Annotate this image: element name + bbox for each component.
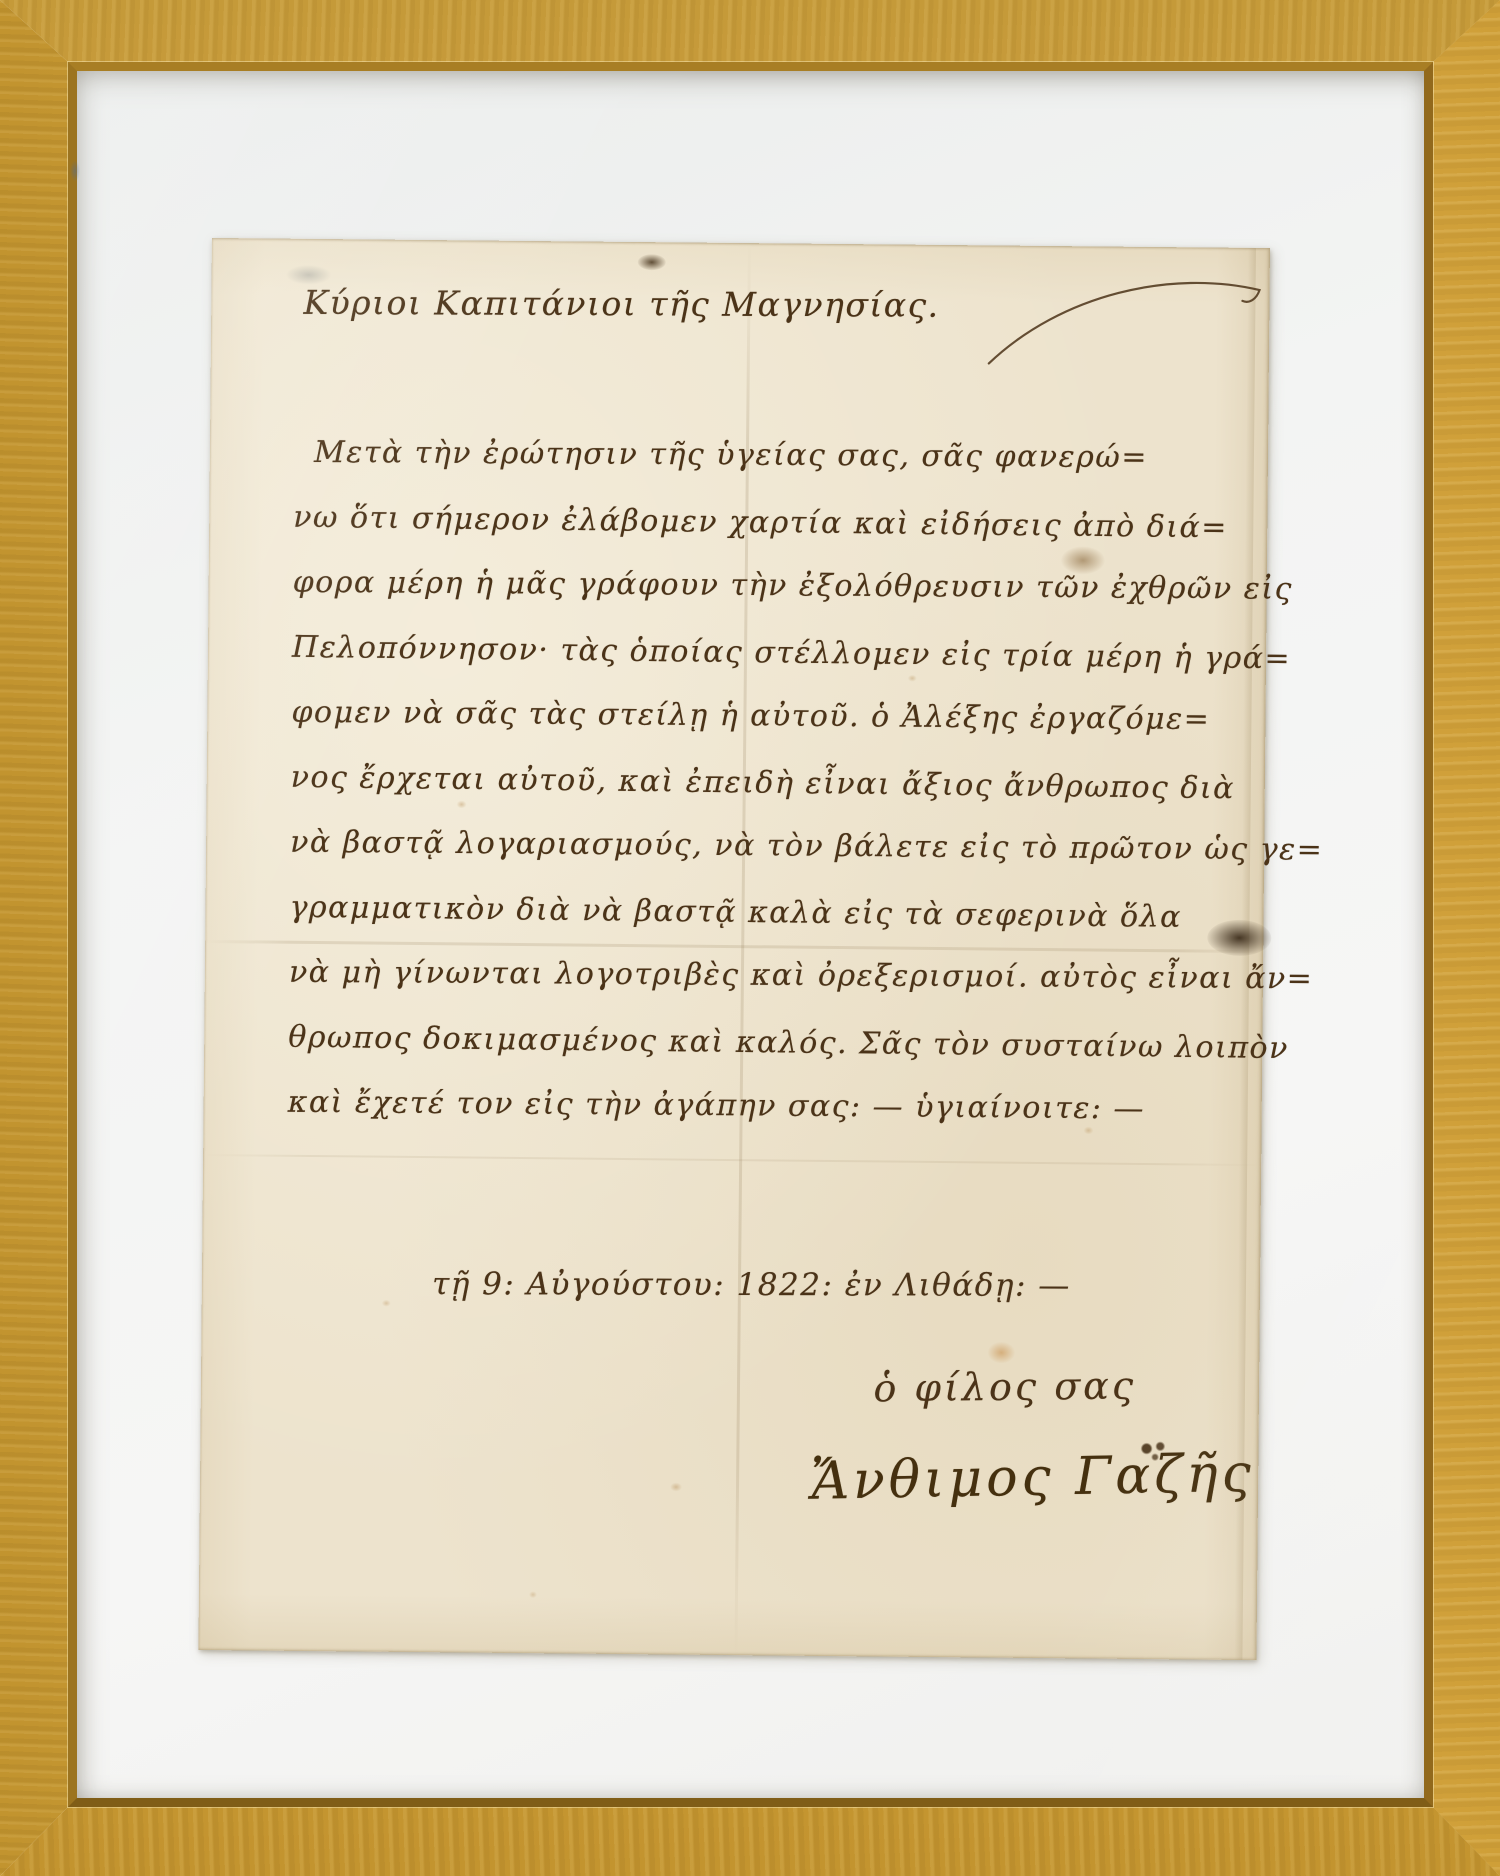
- foxing-dot: [670, 1482, 682, 1491]
- letter-dateline: τῇ 9: Αὐγούστου: 1822: ἐν Λιθάδῃ: —: [432, 1266, 1071, 1304]
- letter-line: νω ὅτι σήμερον ἐλάβομεν χαρτία καὶ εἰδήσ…: [293, 500, 1228, 546]
- letter-line: νὰ βαστᾷ λογαριασμούς, νὰ τὸν βάλετε εἰς…: [290, 825, 1323, 868]
- foxing-dot: [1083, 1126, 1093, 1134]
- foxing-stain: [987, 1341, 1015, 1363]
- ink-blot-top: [638, 254, 666, 270]
- ink-blot-large: [1207, 920, 1271, 957]
- mat-speck: [70, 160, 80, 182]
- letter-line: νὰ μὴ γίνωνται λογοτριβὲς καὶ ὀρεξερισμο…: [289, 955, 1314, 997]
- foxing-dot: [908, 675, 917, 682]
- letter-paper: Κύριοι Καπιτάνιοι τῆς Μαγνησίας. Μετὰ τὴ…: [198, 238, 1270, 1660]
- paper-crease-horizontal: [205, 940, 1263, 953]
- foxing-dot: [457, 800, 467, 808]
- letter-line: νος ἔρχεται αὐτοῦ, καὶ ἐπειδὴ εἶναι ἄξιο…: [291, 760, 1236, 807]
- letter-line: Πελοπόννησον· τὰς ὁποίας στέλλομεν εἰς τ…: [292, 630, 1291, 677]
- pen-flourish: [981, 259, 1282, 377]
- foxing-dot: [529, 1591, 537, 1598]
- foxing-dot: [382, 1300, 391, 1307]
- letter-line: θρωπος δοκιμασμένος καὶ καλός. Σᾶς τὸν σ…: [288, 1020, 1289, 1066]
- letter-line: φομεν νὰ σᾶς τὰς στείλῃ ἡ αὐτοῦ. ὁ Ἀλέξη…: [291, 695, 1210, 737]
- signature-name: Ἄνθιμος Γαζῆς: [810, 1444, 1255, 1512]
- letter-heading: Κύριοι Καπιτάνιοι τῆς Μαγνησίας.: [303, 283, 939, 325]
- signature-closing: ὁ φίλος σας: [873, 1363, 1136, 1410]
- letter-line: φορα μέρη ἡ μᾶς γράφουν τὴν ἐξολόθρευσιν…: [293, 565, 1293, 607]
- letter-line: Μετὰ τὴν ἐρώτησιν τῆς ὑγείας σας, σᾶς φα…: [314, 435, 1148, 475]
- paper-crease-horizontal2: [203, 1154, 1261, 1166]
- framed-letter-photo: Κύριοι Καπιτάνιοι τῆς Μαγνησίας. Μετὰ τὴ…: [0, 0, 1500, 1876]
- letter-line: καὶ ἔχετέ τον εἰς τὴν ἀγάπην σας: — ὑγια…: [288, 1085, 1146, 1127]
- letter-line: γραμματικὸν διὰ νὰ βαστᾷ καλὰ εἰς τὰ σεφ…: [289, 890, 1182, 935]
